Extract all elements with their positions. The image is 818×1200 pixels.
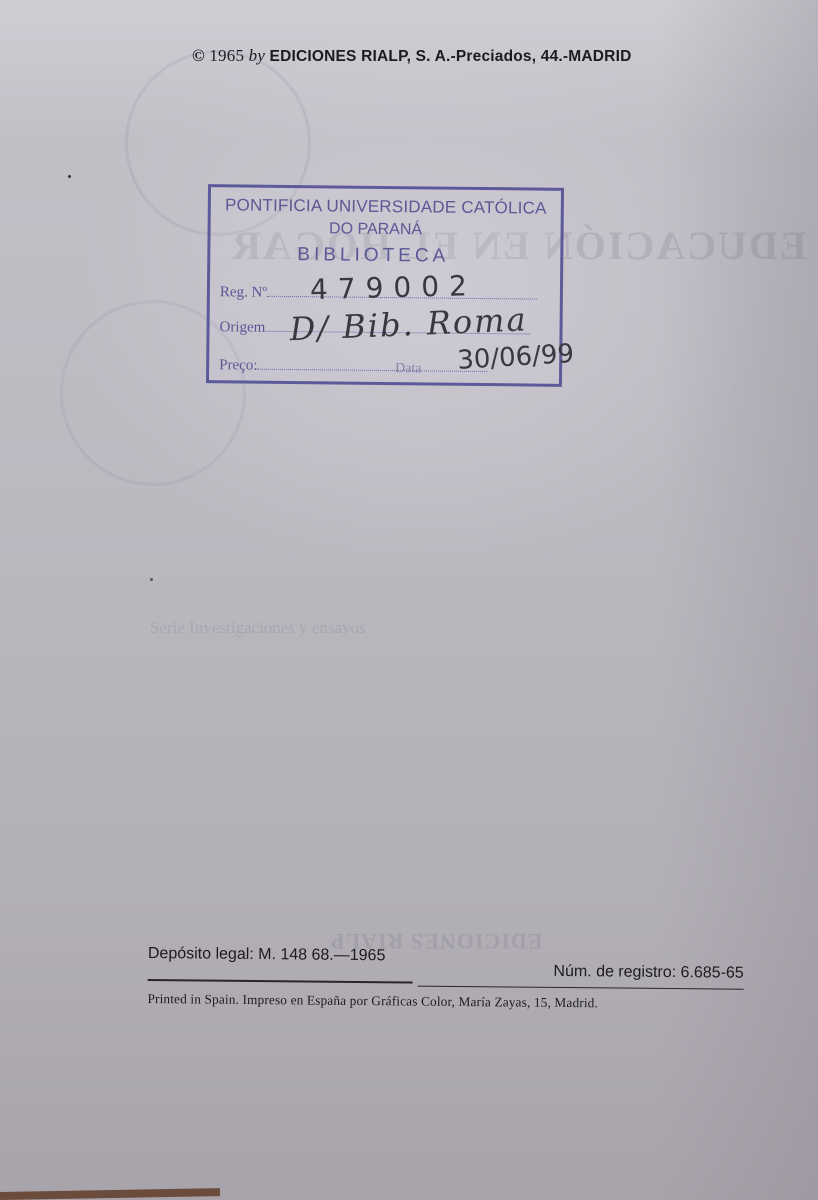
handwritten-date: 30/06/99 <box>456 339 574 376</box>
reg-label: Reg. Nº <box>220 284 267 300</box>
speck <box>150 578 153 581</box>
publisher: EDICIONES RIALP, S. A.-Preciados, 44.-MA… <box>270 48 632 65</box>
library-stamp: PONTIFICIA UNIVERSIDADE CATÓLICA DO PARA… <box>206 184 564 387</box>
copyright-line: © 1965 by EDICIONES RIALP, S. A.-Preciad… <box>192 46 631 66</box>
origem-label: Origem <box>219 319 265 335</box>
handwritten-origem: D/ Bib. Roma <box>289 300 528 348</box>
table-surface <box>0 1188 220 1200</box>
stamp-university: PONTIFICIA UNIVERSIDADE CATÓLICA <box>211 195 561 219</box>
stamp-field-preco: Preço: <box>219 357 487 377</box>
copyright-year: 1965 <box>209 46 244 65</box>
copyright-symbol: © <box>192 46 205 65</box>
show-through-series-heading: Serie Investigaciones y ensayos <box>150 618 366 638</box>
lighting-overlay-top <box>0 0 818 140</box>
printed-in-spain: Printed in Spain. Impreso en España por … <box>147 991 598 1011</box>
handwritten-reg-number: 479002 <box>310 269 478 306</box>
divider-rule <box>148 979 413 984</box>
lighting-overlay-right <box>658 0 818 1200</box>
copyright-by: by <box>249 46 265 65</box>
preco-label: Preço: <box>219 357 257 373</box>
divider-rule <box>418 986 744 990</box>
data-label: Data <box>395 361 422 377</box>
stamp-library: BIBLIOTECA <box>198 243 548 269</box>
num-registro: Núm. de registro: 6.685-65 <box>553 963 743 983</box>
deposito-legal: Depósito legal: M. 148 68.—1965 <box>148 945 386 965</box>
stamp-state: DO PARANÁ <box>200 219 550 241</box>
speck <box>68 175 71 178</box>
